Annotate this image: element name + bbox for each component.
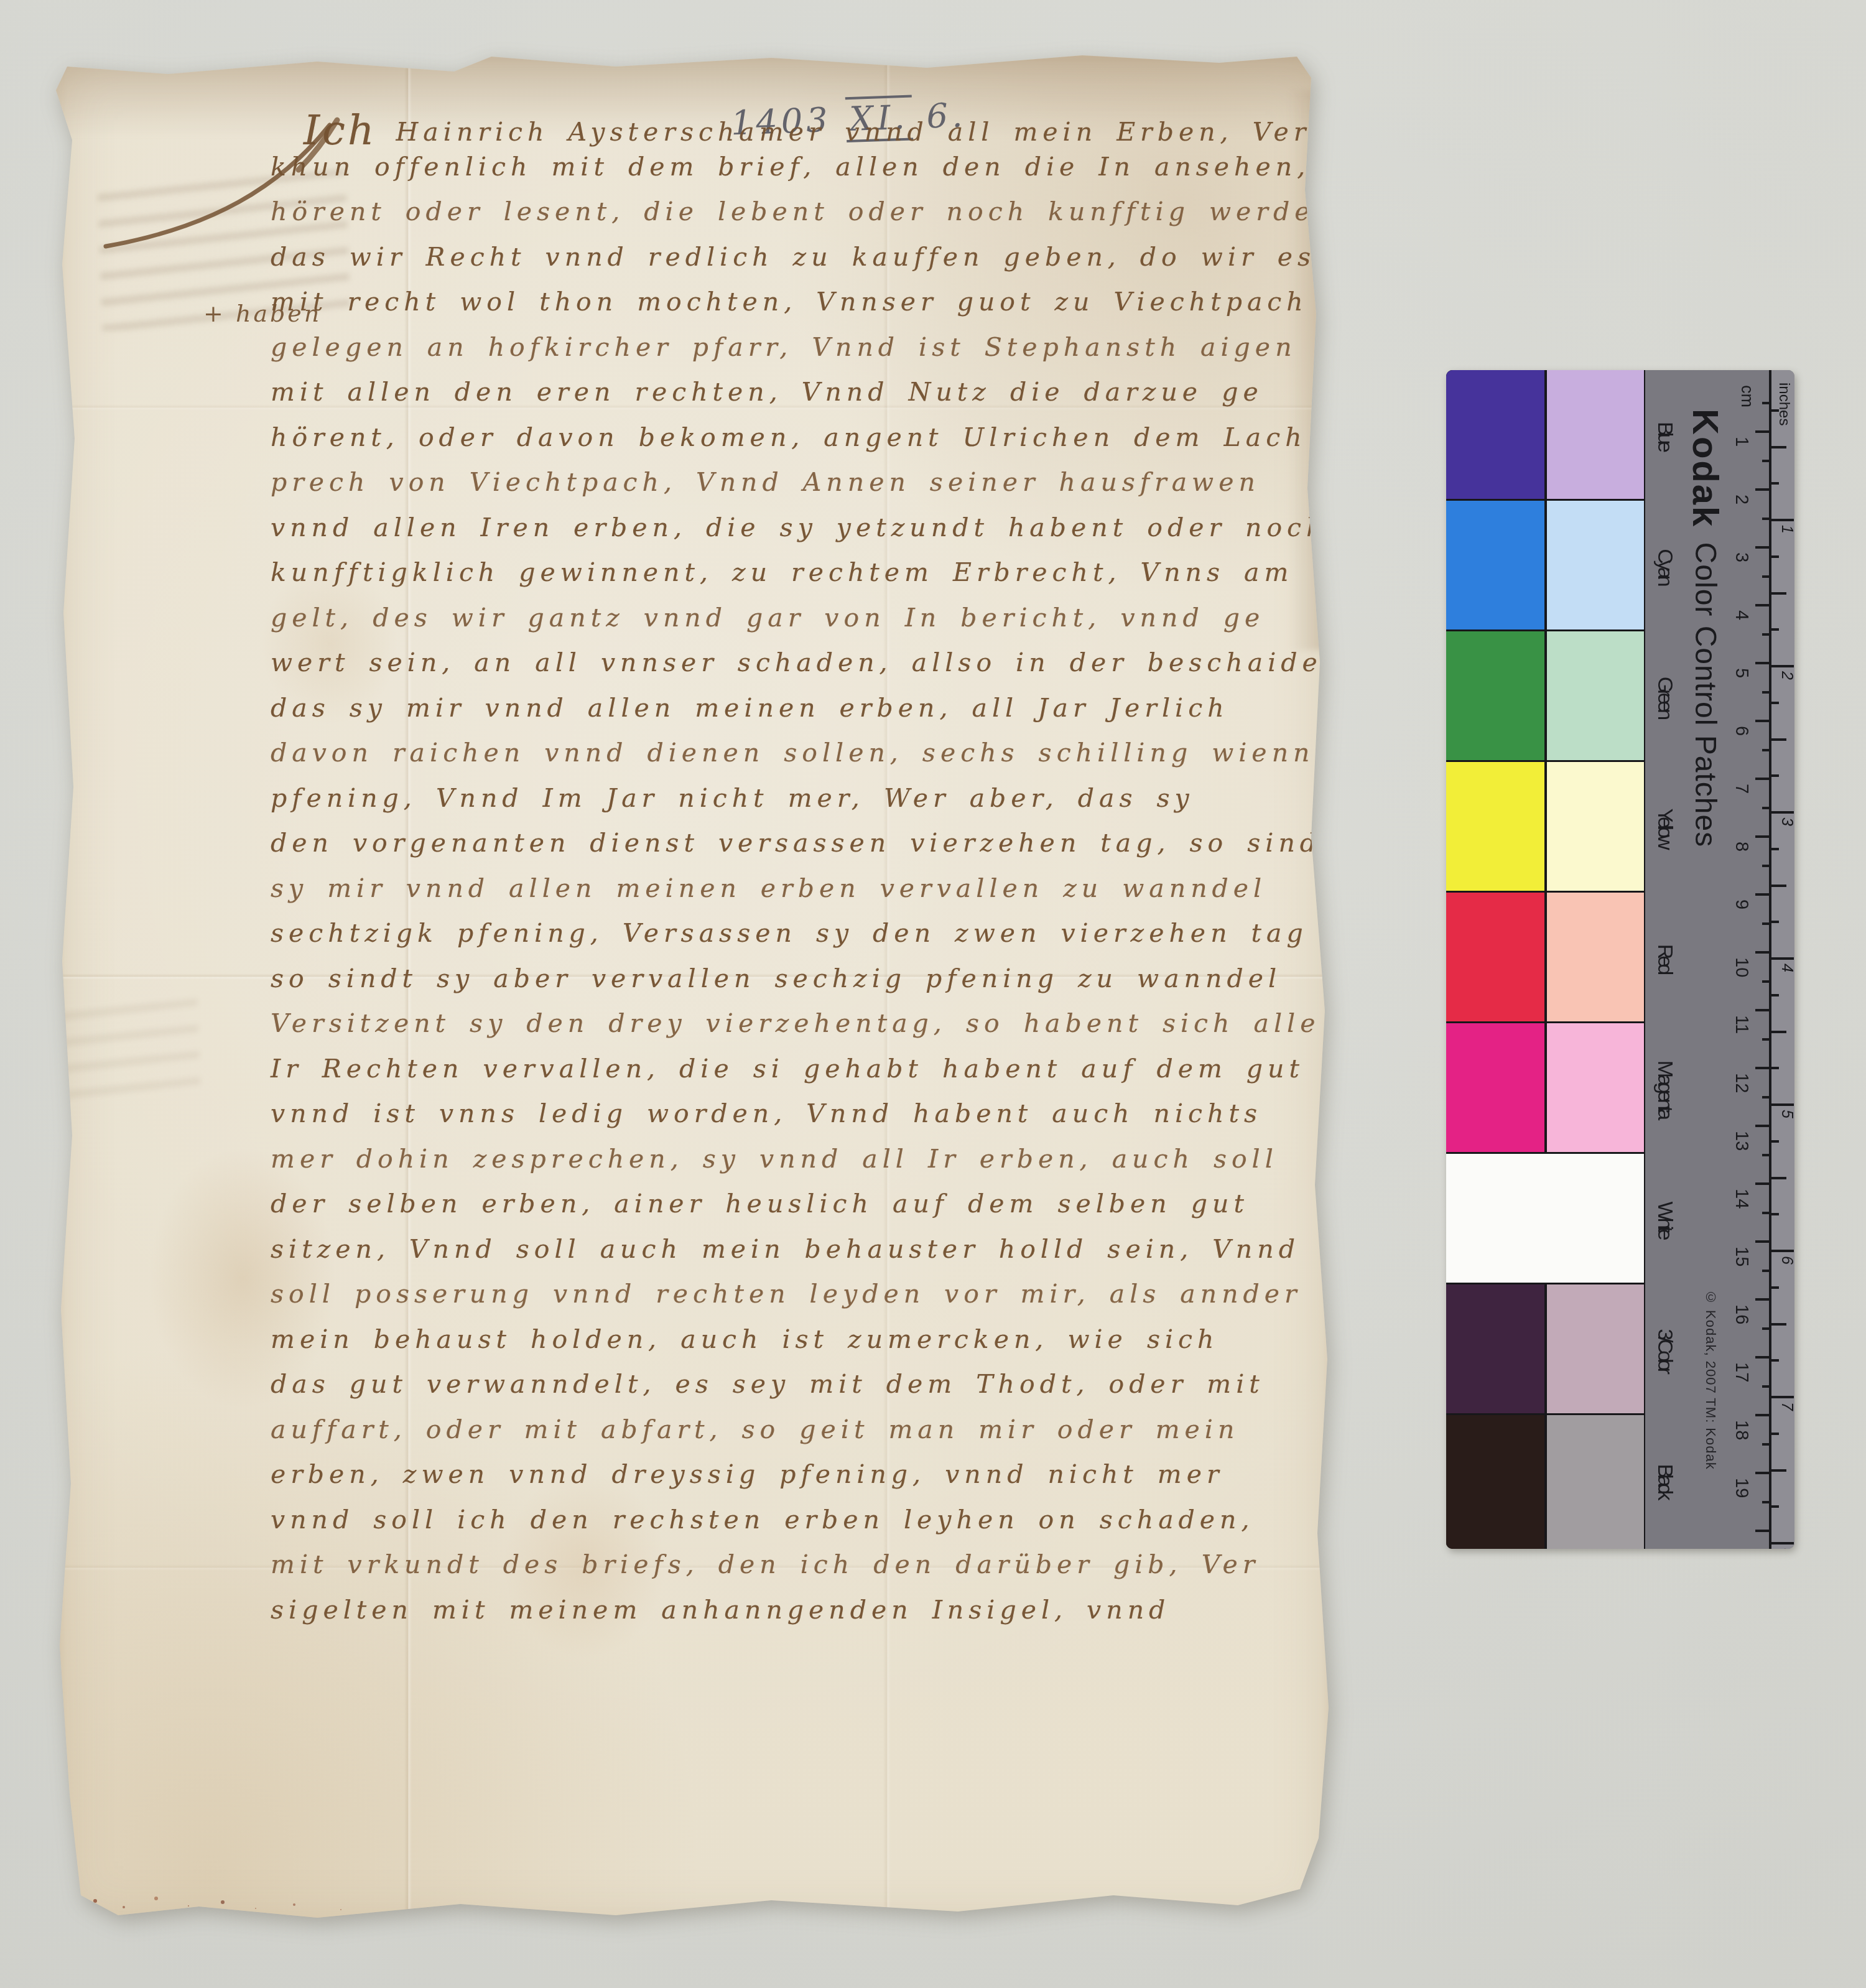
row-label-blue: Blue [1653, 422, 1677, 449]
foxing-spots [93, 1899, 97, 1903]
color-patch-green [1547, 631, 1644, 760]
manuscript-line: gelegen an hofkircher pfarr, Vnnd ist St… [271, 332, 1297, 362]
manuscript-line: davon raichen vnnd dienen sollen, sechs … [271, 738, 1352, 768]
ruler-tick [1771, 885, 1786, 887]
ruler-tick [1755, 1356, 1770, 1359]
ruler-number-cm: 15 [1731, 1247, 1752, 1266]
ruler-number-cm: 12 [1731, 1073, 1752, 1093]
ruler-tick [1755, 1240, 1770, 1243]
ruler-tick [1771, 1067, 1779, 1069]
manuscript-line: prech von Viechtpach, Vnnd Annen seiner … [271, 467, 1260, 497]
ruler-tick [1771, 921, 1779, 923]
ruler-tick [1771, 1396, 1794, 1398]
ruler-number-inch: 8 [1778, 1548, 1794, 1549]
color-patch-yellow [1547, 762, 1644, 891]
ruler-number-cm: 17 [1731, 1362, 1752, 1382]
ruler-tick [1771, 592, 1786, 595]
manuscript-line: auffart, oder mit abfart, so geit man mi… [271, 1414, 1239, 1444]
row-label-yellow: Yellow [1653, 808, 1677, 846]
ruler-cm-label: cm [1737, 385, 1757, 407]
color-patch-cyan [1547, 501, 1644, 629]
manuscript-line: mit vrkundt des briefs, den ich den darü… [271, 1549, 1260, 1579]
ruler-number-cm: 4 [1731, 610, 1752, 620]
photo-backdrop: 1403 XI. 6. + haben Ich Hainrich Aysters… [0, 0, 1866, 1988]
ruler-tick [1762, 691, 1770, 694]
card-title: Kodak Color Control Patches [1684, 409, 1726, 847]
ruler-number-cm: 8 [1731, 842, 1752, 852]
color-patch-cyan [1446, 501, 1544, 629]
color-patch-red [1446, 893, 1544, 1021]
manuscript-page: 1403 XI. 6. + haben Ich Hainrich Aysters… [56, 53, 1332, 1928]
manuscript-line: Ich Hainrich Aysterschamer vnnd all mein… [304, 106, 1311, 154]
kodak-color-card: BlueCyanGreenYellowRedMagentaWhite3/Colo… [1446, 370, 1794, 1549]
ruler-tick [1771, 519, 1794, 521]
manuscript-line: pfening, Vnnd Im Jar nicht mer, Wer aber… [271, 783, 1194, 813]
row-label-black: Black [1653, 1464, 1677, 1497]
ruler-tick [1771, 446, 1786, 448]
color-patch-3-color [1446, 1284, 1544, 1413]
ruler-tick [1755, 1414, 1770, 1416]
manuscript-line: sitzen, Vnnd soll auch mein behauster ho… [271, 1234, 1300, 1264]
ruler-tick [1755, 893, 1770, 896]
ruler-number-inch: 7 [1778, 1402, 1794, 1411]
ruler-tick [1762, 922, 1770, 925]
color-patch-black [1547, 1415, 1644, 1549]
manuscript-line: Ir Rechten vervallen, die si gehabt habe… [271, 1054, 1304, 1084]
ruler-tick [1762, 402, 1770, 404]
ruler-tick [1762, 865, 1770, 867]
ruler-number-cm: 19 [1731, 1478, 1752, 1498]
manuscript-text: Ich Hainrich Aysterschamer vnnd all mein… [56, 53, 1332, 1928]
ruler-number-cm: 6 [1731, 726, 1752, 736]
ruler-tick [1755, 778, 1770, 780]
card-copyright: © Kodak, 2007 TM: Kodak [1702, 1289, 1719, 1470]
ruler-tick [1771, 1213, 1779, 1215]
ruler-tick [1755, 720, 1770, 722]
manuscript-line: khun offenlich mit dem brief, allen den … [271, 152, 1310, 182]
ruler-number-cm: 5 [1731, 668, 1752, 678]
ruler-tick [1762, 1038, 1770, 1041]
manuscript-line: das gut verwanndelt, es sey mit dem Thod… [271, 1369, 1265, 1399]
ruler-tick [1755, 430, 1770, 433]
ruler-tick [1755, 1067, 1770, 1069]
row-label-magenta: Magenta [1653, 1061, 1677, 1117]
ruler-tick [1755, 1009, 1770, 1011]
ruler-tick [1755, 1530, 1770, 1532]
manuscript-line: gelt, des wir gantz vnnd gar von In beri… [271, 603, 1265, 633]
ruler-number-inch: 4 [1778, 964, 1794, 972]
manuscript-wrap: 1403 XI. 6. + haben Ich Hainrich Aysters… [56, 53, 1332, 1928]
color-patch-magenta [1446, 1023, 1544, 1152]
ruler-tick [1771, 1542, 1794, 1544]
ruler-number-cm: 14 [1731, 1189, 1752, 1209]
ruler-tick [1762, 1501, 1770, 1503]
opening-word: Ich [304, 106, 377, 154]
ruler-tick [1762, 1154, 1770, 1156]
kodak-logo: Kodak [1685, 409, 1725, 533]
ruler-tick [1755, 835, 1770, 838]
ruler-tick [1771, 1323, 1786, 1326]
ruler-number-cm: 7 [1731, 784, 1752, 794]
manuscript-line: den vorgenanten dienst versassen vierzeh… [271, 828, 1337, 858]
ruler-tick [1762, 749, 1770, 751]
ruler-tick [1762, 1212, 1770, 1214]
row-label-3-color: 3/Color [1653, 1329, 1677, 1371]
ruler-tick [1771, 994, 1779, 996]
ruler-number-inch: 3 [1778, 817, 1794, 826]
ruler-tick [1762, 1270, 1770, 1272]
ruler-tick [1755, 488, 1770, 491]
manuscript-line: erben, zwen vnnd dreyssig pfening, vnnd … [271, 1459, 1224, 1489]
ruler-tick [1755, 546, 1770, 549]
ruler-tick [1771, 1433, 1779, 1435]
row-label-red: Red [1653, 944, 1677, 972]
ruler-tick [1762, 980, 1770, 983]
manuscript-line: so sindt sy aber vervallen sechzig pfeni… [271, 964, 1281, 993]
manuscript-line: vnnd allen Iren erben, die sy yetzundt h… [271, 513, 1327, 542]
row-label-cyan: Cyan [1653, 549, 1677, 583]
ruler-tick [1762, 807, 1770, 809]
ruler-tick [1755, 604, 1770, 606]
color-patch-red [1547, 893, 1644, 1021]
ruler-number-inch: 6 [1778, 1256, 1794, 1265]
ruler-tick [1762, 1385, 1770, 1388]
color-patch-green [1446, 631, 1544, 760]
color-patch-3-color [1547, 1284, 1644, 1413]
color-patch-white [1446, 1154, 1644, 1283]
ruler-tick [1771, 848, 1779, 850]
card-patches [1446, 370, 1645, 1549]
ruler-tick [1755, 951, 1770, 954]
ruler-number-cm: 2 [1731, 495, 1752, 504]
ruler-tick [1771, 1359, 1779, 1362]
ruler-number-cm: 16 [1731, 1304, 1752, 1324]
ruler-tick [1762, 460, 1770, 462]
color-patch-blue [1446, 370, 1544, 499]
ruler-tick [1771, 774, 1779, 777]
ruler-tick [1762, 1096, 1770, 1099]
manuscript-line: das sy mir vnnd allen meinen erben, all … [271, 693, 1229, 723]
manuscript-line: mit recht wol thon mochten, Vnnser guot … [271, 287, 1308, 317]
ruler-tick [1771, 628, 1779, 631]
ruler-tick [1771, 555, 1779, 558]
color-patch-blue [1547, 370, 1644, 499]
row-label-green: Green [1653, 677, 1677, 717]
ruler-tick [1771, 1177, 1786, 1179]
ruler-tick [1771, 811, 1794, 814]
color-patch-yellow [1446, 762, 1544, 891]
ruler-tick [1755, 1125, 1770, 1127]
manuscript-line: soll posserung vnnd rechten leyden vor m… [271, 1279, 1302, 1309]
ruler-inches-label: inches [1775, 383, 1793, 425]
manuscript-line: mit allen den eren rechten, Vnnd Nutz di… [271, 377, 1263, 407]
ruler-tick [1771, 1031, 1786, 1033]
ruler-tick [1755, 1298, 1770, 1301]
ruler-tick [1771, 1103, 1794, 1106]
ruler-number-cm: 3 [1731, 552, 1752, 562]
ruler-number-cm: 9 [1731, 899, 1752, 909]
ruler-tick [1755, 1472, 1770, 1474]
ruler-tick [1771, 665, 1794, 667]
ruler-tick [1771, 1250, 1794, 1252]
ruler-number-cm: 18 [1731, 1420, 1752, 1440]
ruler-tick [1762, 1327, 1770, 1330]
ruler-number-cm: 13 [1731, 1131, 1752, 1151]
ruler-tick [1755, 662, 1770, 664]
manuscript-line: der selben erben, ainer heuslich auf dem… [271, 1189, 1249, 1219]
color-patch-magenta [1547, 1023, 1644, 1152]
ruler-tick [1771, 1140, 1779, 1143]
ruler-number-cm: 1 [1731, 437, 1752, 447]
ruler-number-inch: 5 [1778, 1110, 1794, 1118]
manuscript-line: wert sein, an all vnnser schaden, allso … [271, 648, 1344, 677]
manuscript-line: Versitzent sy den drey vierzehentag, so … [271, 1008, 1320, 1038]
ruler-tick [1771, 738, 1786, 741]
manuscript-line: sigelten mit meinem anhanngenden Insigel… [271, 1595, 1170, 1625]
ruler-number-cm: 10 [1731, 957, 1752, 977]
manuscript-line: kunfftigklich gewinnent, zu rechtem Erbr… [271, 557, 1293, 587]
ruler-number-cm: 11 [1731, 1015, 1752, 1034]
manuscript-line: mein behaust holden, auch ist zumercken,… [271, 1324, 1218, 1354]
ruler-tick [1771, 1469, 1786, 1472]
manuscript-line: vnnd ist vnns ledig worden, Vnnd habent … [271, 1099, 1262, 1128]
ruler-number-inch: 1 [1778, 525, 1794, 534]
manuscript-line: sy mir vnnd allen meinen erben vervallen… [271, 873, 1266, 903]
ruler-number-inch: 2 [1778, 671, 1794, 680]
manuscript-line: hörent oder lesent, die lebent oder noch… [271, 197, 1351, 226]
color-patch-black [1446, 1415, 1544, 1549]
ruler-tick [1771, 702, 1779, 704]
manuscript-line: vnnd soll ich den rechsten erben leyhen … [271, 1505, 1255, 1535]
ruler-tick [1755, 1182, 1770, 1185]
ruler-tick [1771, 957, 1794, 960]
ruler-tick [1771, 1505, 1779, 1508]
manuscript-line: das wir Recht vnnd redlich zu kauffen ge… [271, 242, 1316, 272]
row-label-white: White [1653, 1202, 1677, 1237]
ruler-tick [1762, 575, 1770, 578]
ruler-tick [1771, 1286, 1779, 1289]
ruler-tick [1762, 518, 1770, 520]
ruler-tick [1762, 1443, 1770, 1446]
manuscript-line: mer dohin zesprechen, sy vnnd all Ir erb… [271, 1144, 1278, 1174]
ruler-tick [1771, 409, 1779, 412]
manuscript-line: sechtzigk pfening, Versassen sy den zwen… [271, 918, 1308, 948]
card-title-rest: Color Control Patches [1689, 533, 1722, 847]
ruler-tick [1762, 633, 1770, 636]
ruler-tick [1771, 482, 1779, 485]
manuscript-line: hörent, oder davon bekomen, angent Ulric… [271, 422, 1307, 452]
